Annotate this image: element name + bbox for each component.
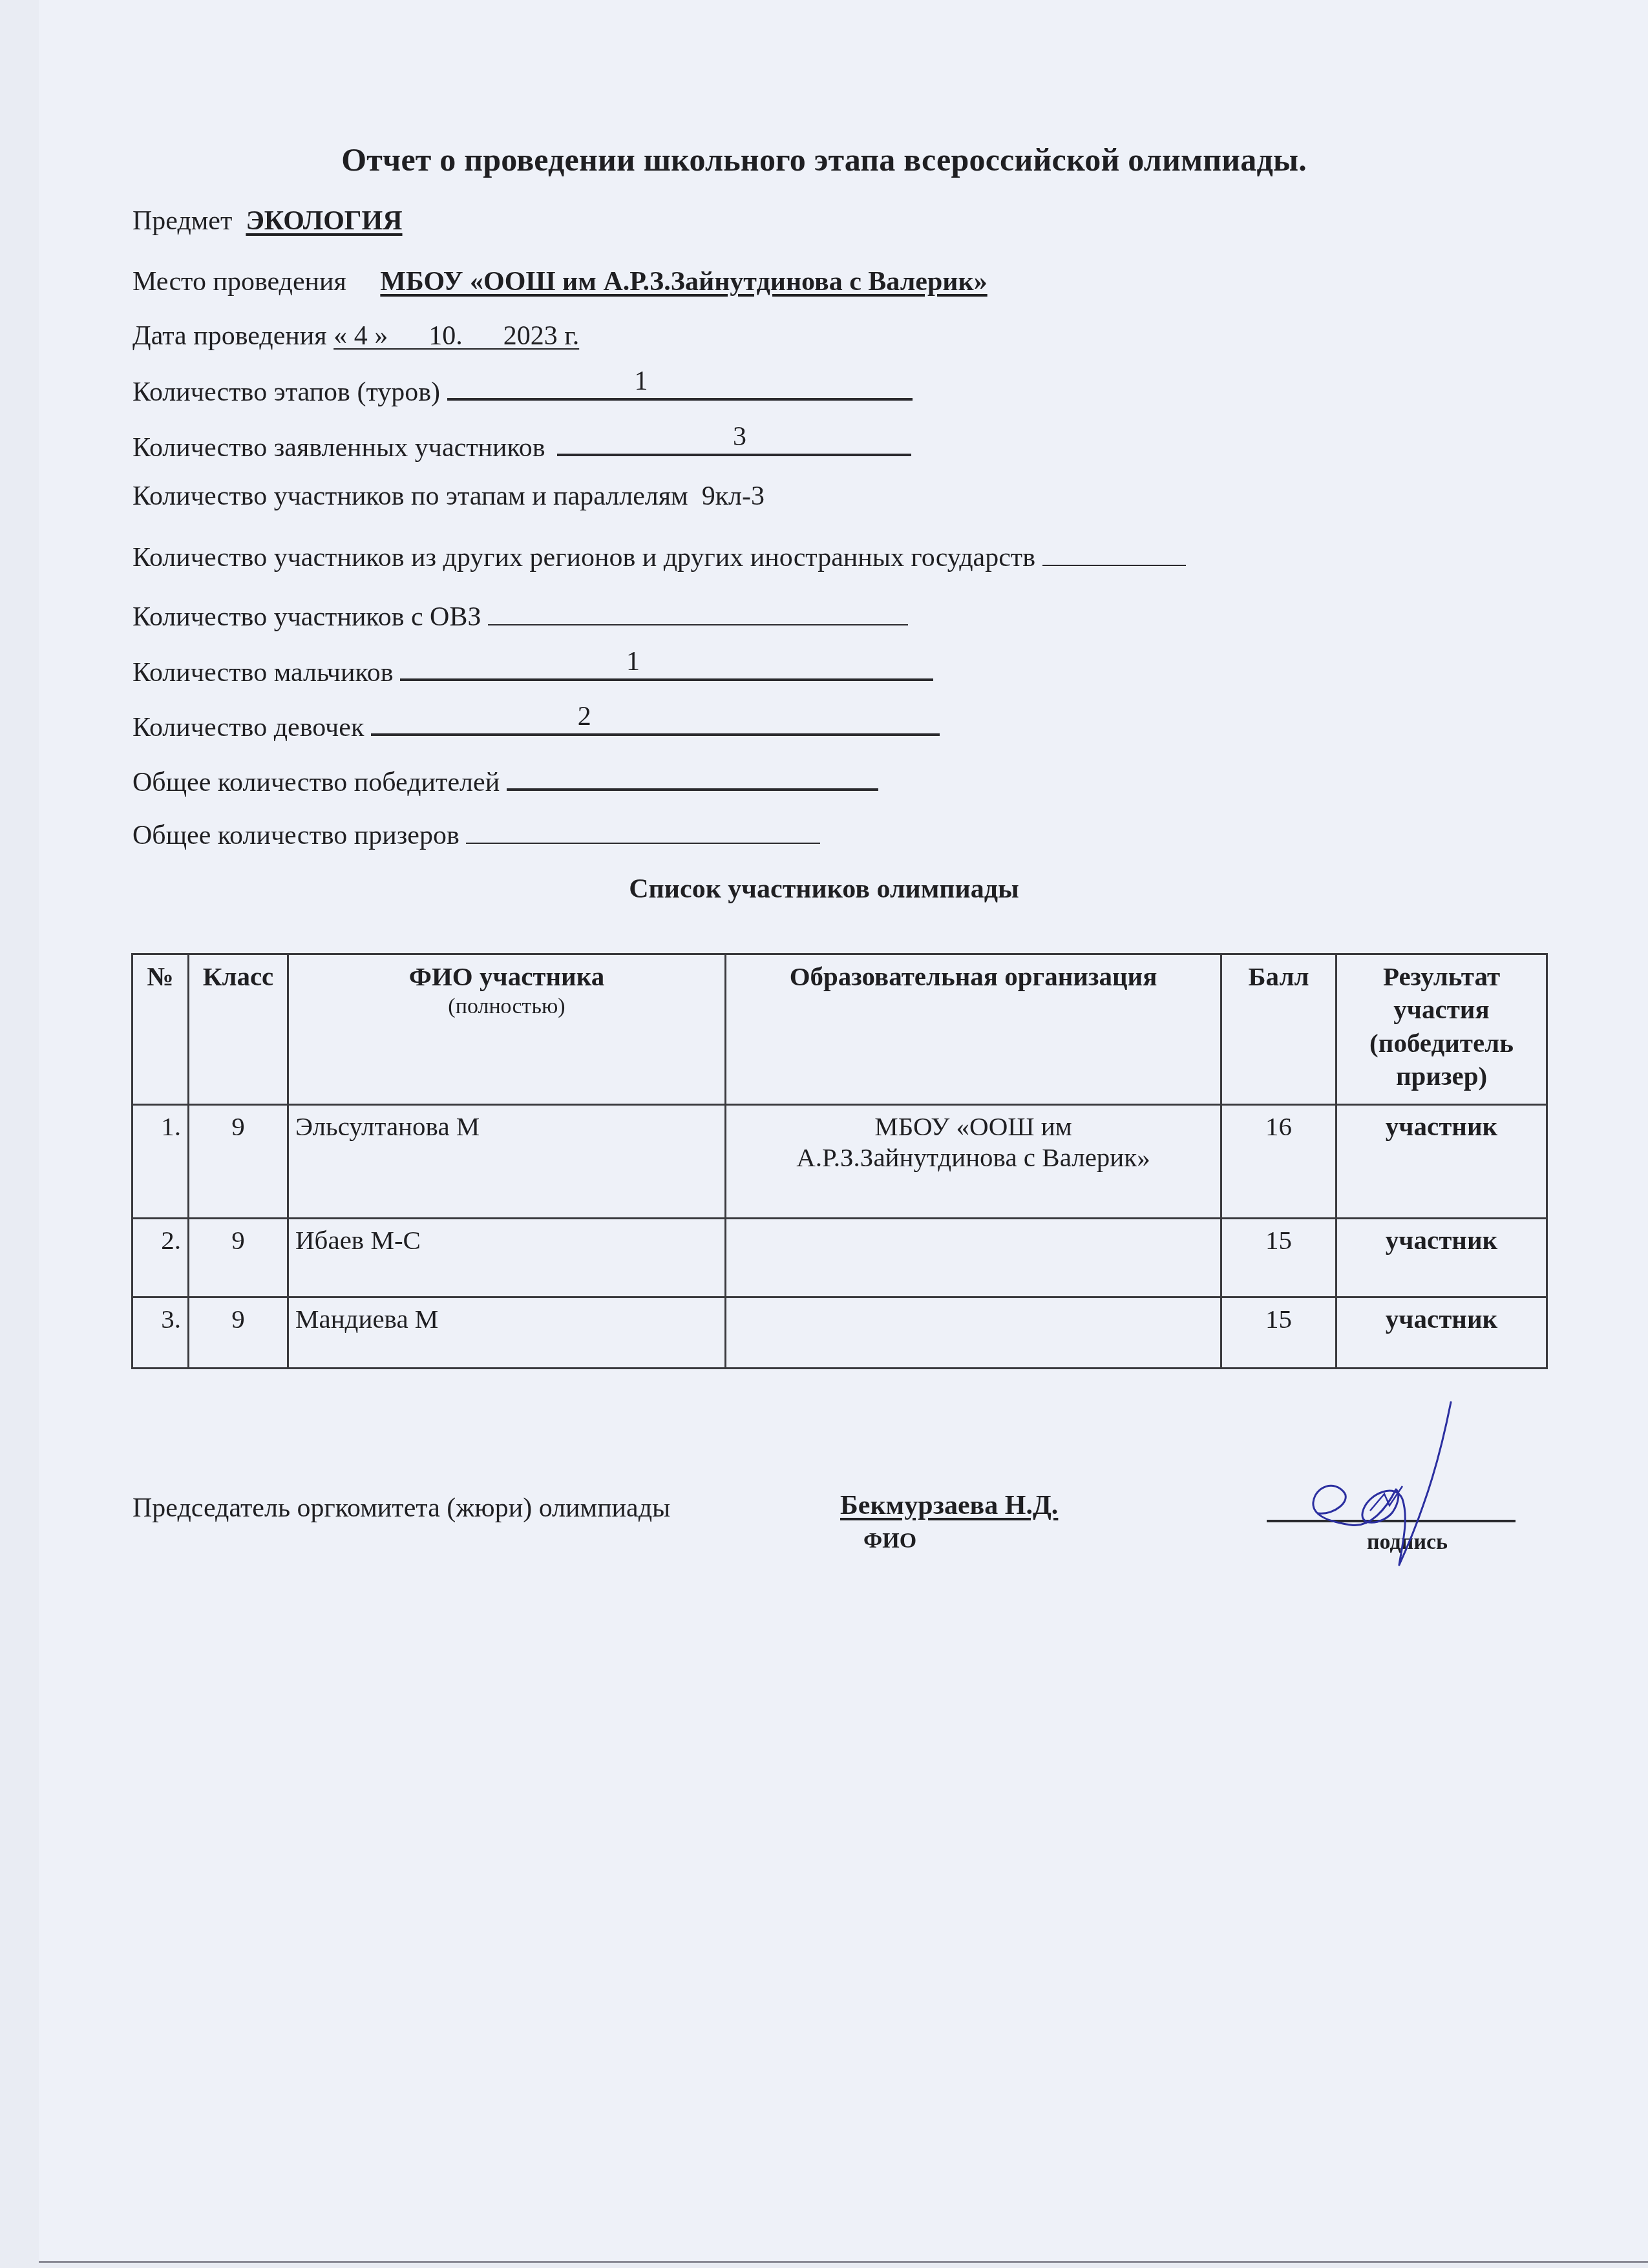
header-result-line-4: призер) (1344, 1060, 1539, 1093)
row-grade: 9 (189, 1219, 288, 1297)
prizewinners-blank (466, 818, 820, 844)
date-label: Дата проведения (132, 321, 327, 351)
page-bottom-edge (39, 2261, 1648, 2263)
prizewinners-field: Общее количество призеров (132, 818, 820, 851)
winners-blank (507, 764, 878, 791)
stages-blank: 1 (447, 373, 913, 401)
row-name: Ибаев М-С (288, 1219, 726, 1297)
chair-label: Председатель оргкомитета (жюри) олимпиад… (132, 1493, 670, 1524)
winners-field: Общее количество победителей (132, 764, 878, 798)
date-value: « 4 » 10. 2023 г. (333, 321, 579, 351)
declared-blank: 3 (557, 429, 911, 456)
boys-field: Количество мальчиков 1 (132, 654, 933, 688)
date-field: Дата проведения « 4 » 10. 2023 г. (132, 320, 579, 352)
header-result-line-2: участия (1344, 993, 1539, 1026)
participants-table: № Класс ФИО участника (полностью) Образо… (131, 953, 1548, 1369)
row-name: Эльсултанова М (288, 1105, 726, 1219)
fio-caption: ФИО (863, 1529, 916, 1553)
venue-value: МБОУ «ООШ им А.Р.З.Зайнутдинова с Валери… (380, 267, 987, 297)
header-result-line-3: (победитель (1344, 1027, 1539, 1060)
row-score: 15 (1221, 1219, 1336, 1297)
ovz-field: Количество участников с ОВЗ (132, 600, 908, 633)
girls-field: Количество девочек 2 (132, 709, 940, 743)
declared-field: Количество заявленных участников 3 (132, 429, 911, 463)
row-num: 2. (132, 1219, 189, 1297)
foreign-field: Количество участников из других регионов… (132, 540, 1186, 573)
header-score: Балл (1221, 954, 1336, 1105)
declared-label: Количество заявленных участников (132, 433, 545, 463)
header-num: № (132, 954, 189, 1105)
header-name: ФИО участника (полностью) (288, 954, 726, 1105)
table-row: 3. 9 Мандиева М 15 участник (132, 1297, 1547, 1369)
subject-field: Предмет ЭКОЛОГИЯ (132, 205, 403, 236)
ovz-blank (488, 600, 908, 625)
participants-list-title: Список участников олимпиады (0, 874, 1648, 905)
header-name-label: ФИО участника (409, 961, 604, 991)
venue-field: Место проведения МБОУ «ООШ им А.Р.З.Зайн… (132, 266, 988, 297)
row-num: 3. (132, 1297, 189, 1369)
row-name: Мандиева М (288, 1297, 726, 1369)
by-parallel-label: Количество участников по этапам и паралл… (132, 481, 688, 511)
girls-label: Количество девочек (132, 713, 364, 742)
subject-value: ЭКОЛОГИЯ (246, 206, 402, 236)
boys-label: Количество мальчиков (132, 658, 394, 688)
row-grade: 9 (189, 1105, 288, 1219)
by-parallel-value: 9кл-3 (702, 481, 765, 511)
handwritten-signature-icon (1273, 1396, 1467, 1570)
stages-label: Количество этапов (туров) (132, 377, 440, 407)
prizewinners-label: Общее количество призеров (132, 821, 460, 850)
venue-label: Место проведения (132, 267, 346, 297)
table-header-row: № Класс ФИО участника (полностью) Образо… (132, 954, 1547, 1105)
boys-value: 1 (626, 646, 640, 677)
winners-label: Общее количество победителей (132, 768, 500, 797)
boys-blank: 1 (400, 654, 933, 681)
document-title: Отчет о проведении школьного этапа всеро… (0, 141, 1648, 178)
header-grade: Класс (189, 954, 288, 1105)
table-row: 1. 9 Эльсултанова М МБОУ «ООШ им А.Р.З.З… (132, 1105, 1547, 1219)
subject-label: Предмет (132, 206, 232, 236)
row-score: 15 (1221, 1297, 1336, 1369)
row-org (726, 1219, 1221, 1297)
row-num: 1. (132, 1105, 189, 1219)
row-org: МБОУ «ООШ им А.Р.З.Зайнутдинова с Валери… (726, 1105, 1221, 1219)
row-org-line-1: МБОУ «ООШ им (733, 1111, 1214, 1142)
header-org: Образовательная организация (726, 954, 1221, 1105)
chair-name: Бекмурзаева Н.Д. (840, 1490, 1058, 1521)
stages-value: 1 (635, 366, 648, 397)
stages-field: Количество этапов (туров) 1 (132, 373, 913, 408)
row-result: участник (1336, 1105, 1547, 1219)
row-org-line-2: А.Р.З.Зайнутдинова с Валерик» (733, 1142, 1214, 1173)
row-grade: 9 (189, 1297, 288, 1369)
ovz-label: Количество участников с ОВЗ (132, 602, 481, 632)
girls-blank: 2 (371, 709, 940, 736)
header-name-sub: (полностью) (295, 993, 718, 1021)
row-result: участник (1336, 1219, 1547, 1297)
by-parallel-field: Количество участников по этапам и паралл… (132, 481, 765, 512)
declared-value: 3 (733, 421, 746, 452)
header-result-line-1: Результат (1344, 960, 1539, 993)
row-org (726, 1297, 1221, 1369)
row-score: 16 (1221, 1105, 1336, 1219)
row-result: участник (1336, 1297, 1547, 1369)
foreign-label: Количество участников из других регионов… (132, 543, 1035, 572)
girls-value: 2 (578, 701, 591, 732)
table-row: 2. 9 Ибаев М-С 15 участник (132, 1219, 1547, 1297)
foreign-blank (1042, 540, 1186, 566)
header-result: Результат участия (победитель призер) (1336, 954, 1547, 1105)
